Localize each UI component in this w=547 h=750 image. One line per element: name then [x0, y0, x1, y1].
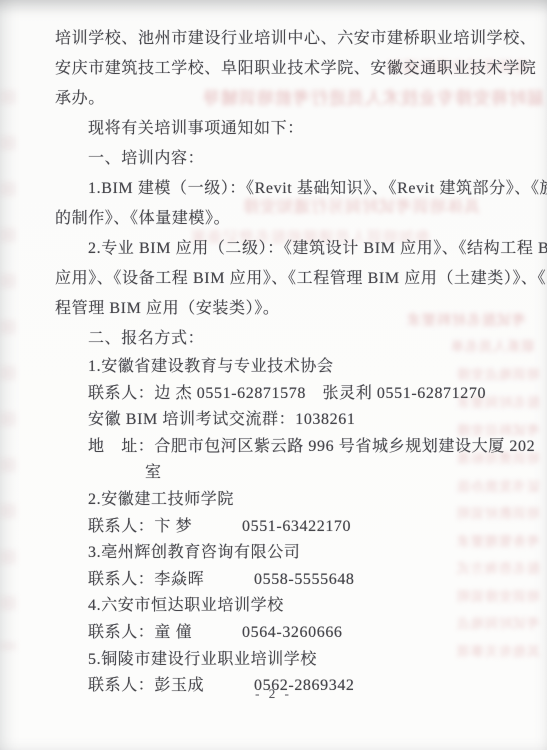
text-line: 应用》、《设备工程 BIM 应用》、《工程管理 BIM 应用（土建类）》、《工: [55, 264, 515, 294]
org-name: 2.安徽建工技师学院: [55, 487, 515, 514]
notice-intro-section: 培训学校、池州市建设行业培训中心、六安市建桥职业培训学校、 安庆市建筑技工学校、…: [55, 24, 515, 354]
section-heading-registration: 二、报名方式：: [55, 324, 515, 354]
org-name: 1.安徽省建设教育与专业技术协会: [55, 354, 515, 381]
org-name: 4.六安市恒达职业培训学校: [55, 593, 515, 620]
text-line: 2.专业 BIM 应用（二级）：《建筑设计 BIM 应用》、《结构工程 BIM: [55, 234, 515, 264]
address-line-continuation: 室: [55, 460, 515, 487]
section-heading-training-content: 一、培训内容：: [55, 144, 515, 174]
contact-line: 联系人：童 僮 0564-3260666: [55, 620, 515, 647]
org-name: 5.铜陵市建设行业职业培训学校: [55, 647, 515, 674]
org-name: 3.亳州辉创教育咨询有限公司: [55, 540, 515, 567]
text-line: 的制作》、《体量建模》。: [55, 204, 515, 234]
address-line: 地 址：合肥市包河区紫云路 996 号省城乡规划建设大厦 202: [55, 434, 515, 461]
text-line: 1.BIM 建模（一级）：《Revit 基础知识》、《Revit 建筑部分》、《…: [55, 174, 515, 204]
page-number: - 2 -: [0, 686, 547, 702]
scanned-document-page: 届时将安排专业技术人员进行考前培训辅导培训考试安排的通知具体培训考试时间另行通知…: [0, 0, 547, 750]
contact-line: 联系人：李焱晖 0558-5555648: [55, 567, 515, 594]
text-line: 安庆市建筑技工学校、阜阳职业技术学院、安徽交通职业技术学院: [55, 54, 515, 84]
document-body: 培训学校、池州市建设行业培训中心、六安市建桥职业培训学校、 安庆市建筑技工学校、…: [55, 24, 515, 700]
text-line: 承办。: [55, 84, 515, 114]
text-line: 培训学校、池州市建设行业培训中心、六安市建桥职业培训学校、: [55, 24, 515, 54]
contact-line: 联系人：卞 梦 0551-63422170: [55, 514, 515, 541]
text-line: 程管理 BIM 应用（安装类）》。: [55, 294, 515, 324]
registration-contacts-section: 1.安徽省建设教育与专业技术协会 联系人：边 杰 0551-62871578 张…: [55, 354, 515, 700]
text-line: 现将有关培训事项通知如下：: [55, 114, 515, 144]
qq-group-line: 安徽 BIM 培训考试交流群：1038261: [55, 407, 515, 434]
contact-line: 联系人：边 杰 0551-62871578 张灵利 0551-62871270: [55, 381, 515, 408]
